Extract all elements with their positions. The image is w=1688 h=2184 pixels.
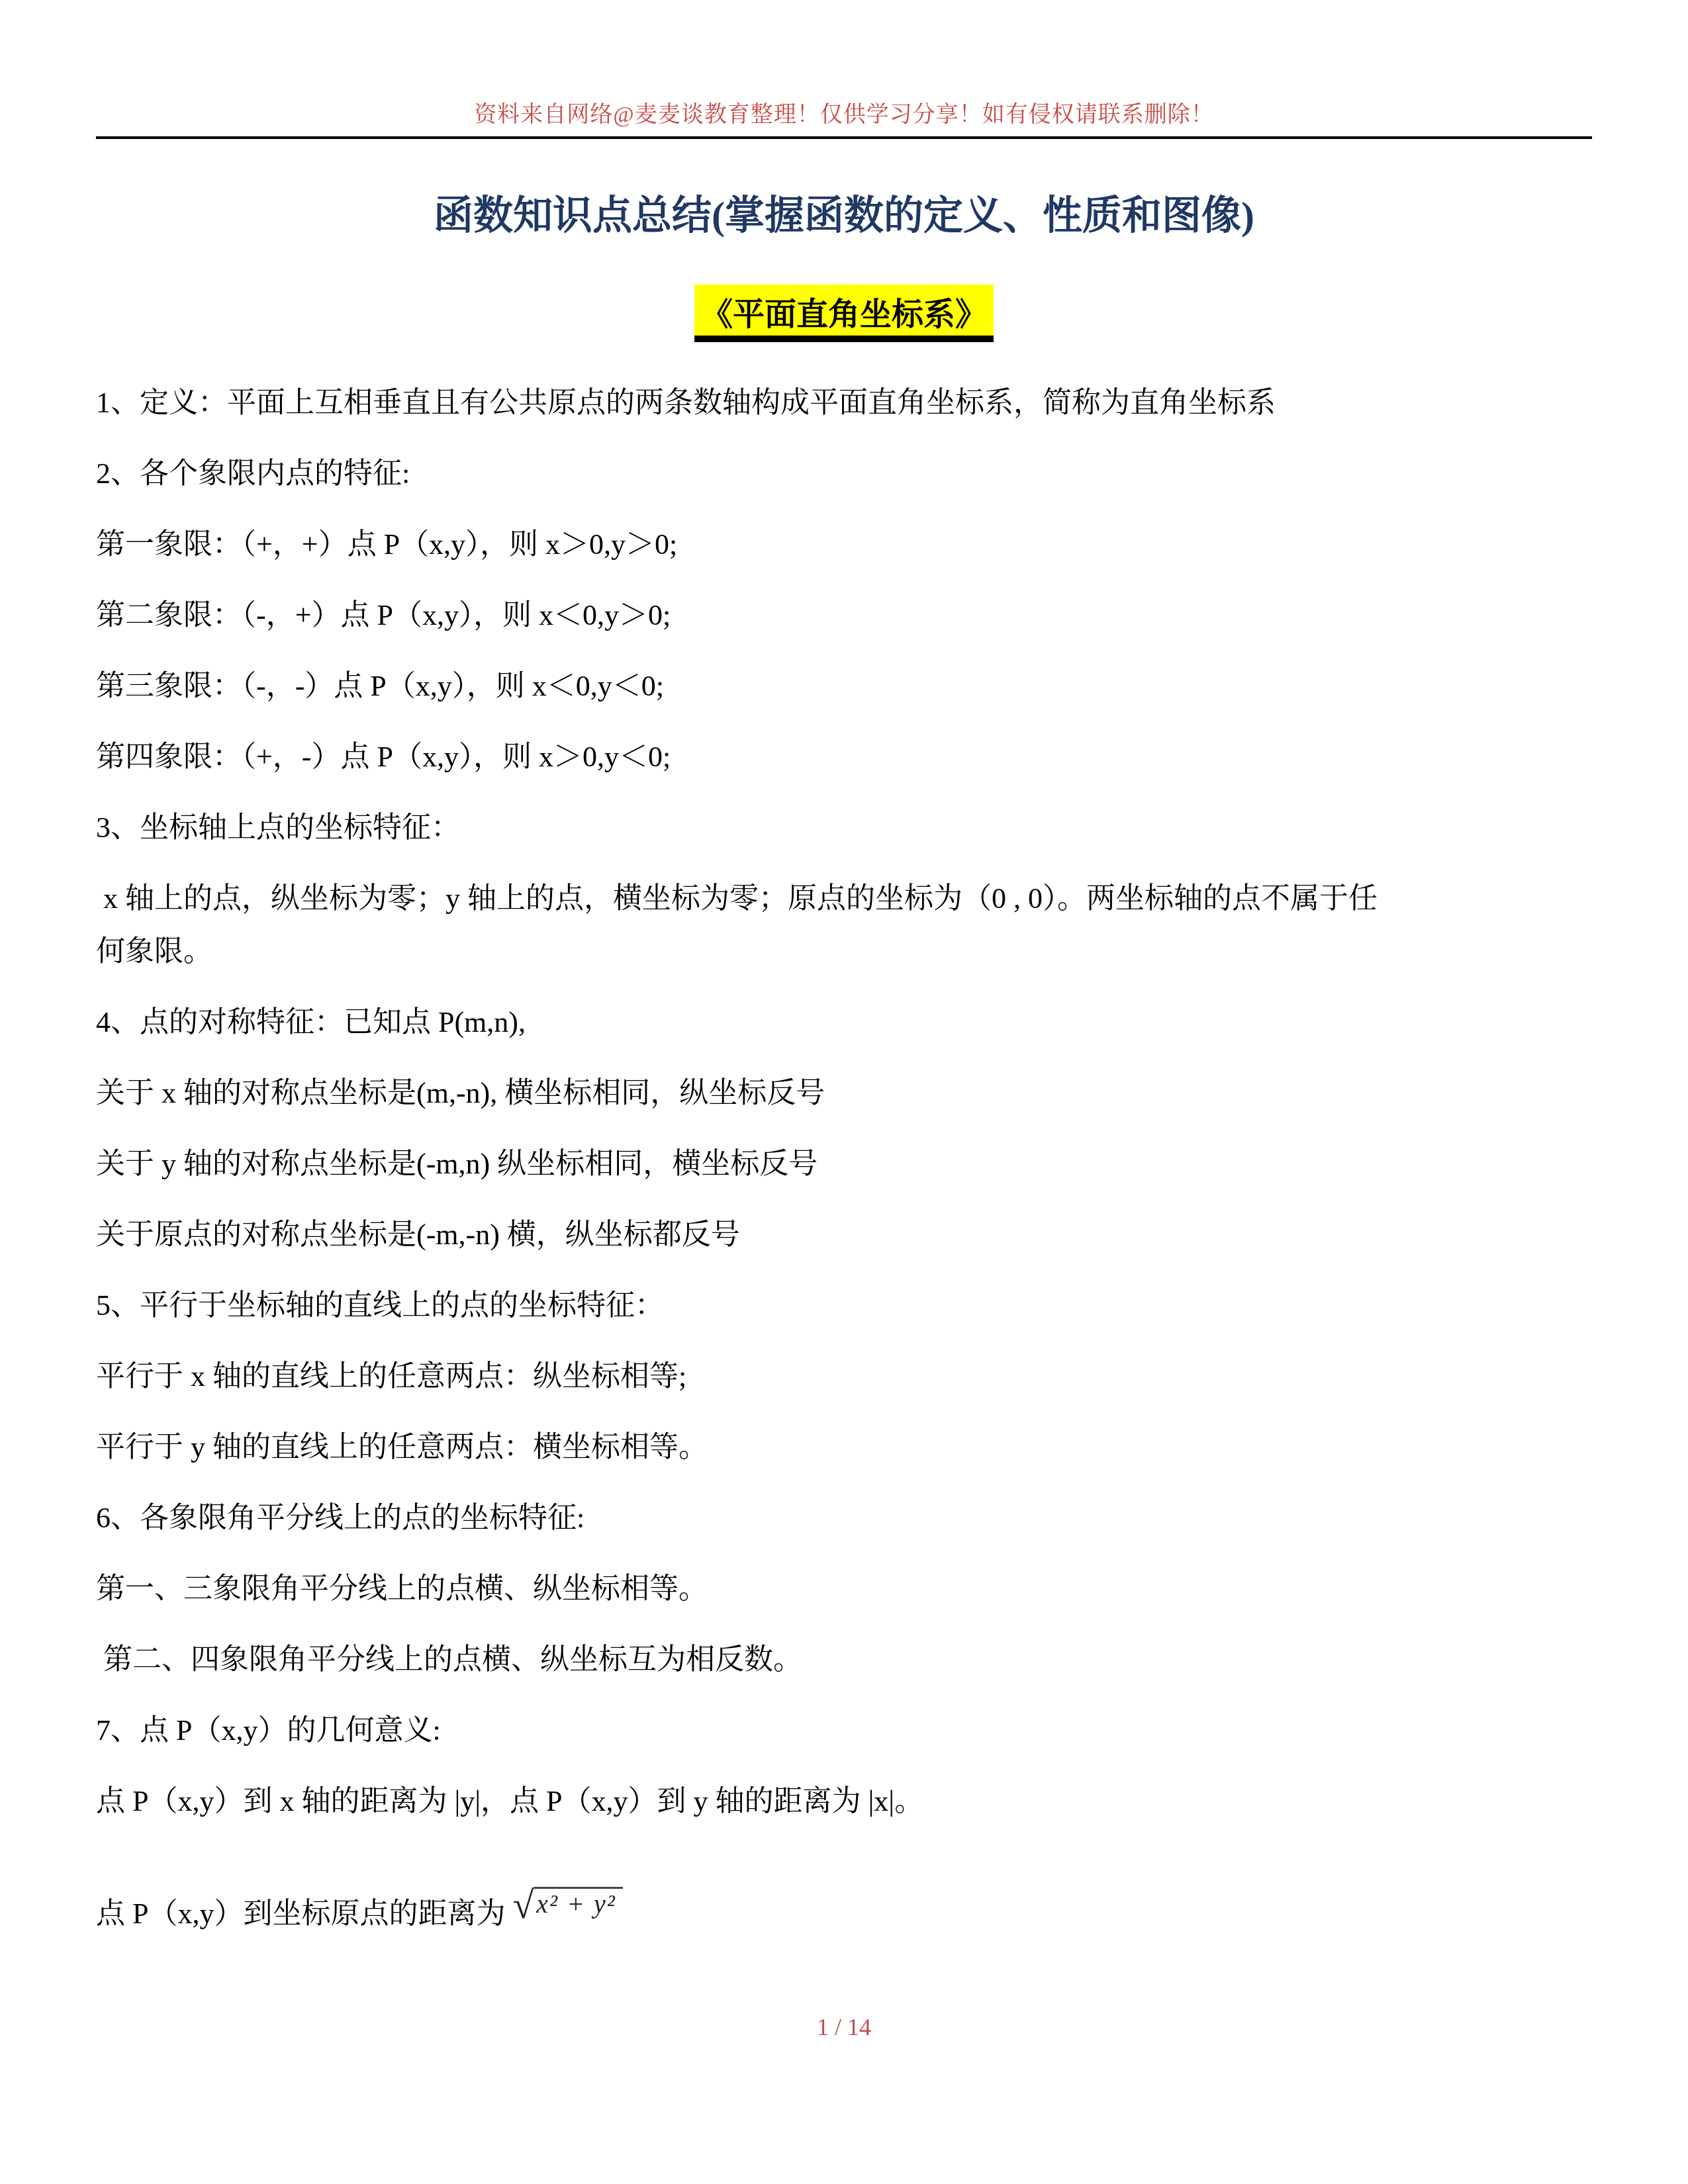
formula-radicand: x² + y² [534, 1887, 622, 1919]
section-heading-row: 《平面直角坐标系》 [96, 285, 1592, 342]
body-paragraph: 关于原点的对称点坐标是(-m,-n) 横，纵坐标都反号 [96, 1208, 1592, 1261]
page-number: 1 / 14 [0, 2013, 1688, 2041]
body-paragraph: 2、各个象限内点的特征: [96, 447, 1592, 500]
document-title: 函数知识点总结(掌握函数的定义、性质和图像) [96, 184, 1592, 241]
section-heading: 《平面直角坐标系》 [694, 285, 994, 342]
sqrt-formula: √x² + y² [512, 1878, 622, 1932]
body-paragraph: 平行于 x 轴的直线上的任意两点：纵坐标相等; [96, 1350, 1592, 1403]
body-paragraph: 第一、三象限角平分线上的点横、纵坐标相等。 [96, 1563, 1592, 1615]
document-page: 资料来自网络@麦麦谈教育整理！仅供学习分享！如有侵权请联系删除！ 函数知识点总结… [0, 0, 1688, 2184]
body-paragraph: 第一象限：（+，+）点 P（x,y），则 x＞0,y＞0; [96, 518, 1592, 571]
body-paragraph: 7、点 P（x,y）的几何意义: [96, 1704, 1592, 1757]
radical-sign-icon: √ [512, 1884, 534, 1927]
header-divider [96, 136, 1592, 139]
body-paragraph: 关于 x 轴的对称点坐标是(m,-n), 横坐标相同，纵坐标反号 [96, 1067, 1592, 1120]
body-paragraph: 4、点的对称特征：已知点 P(m,n), [96, 996, 1592, 1049]
body-paragraph: 第三象限：（-，-）点 P（x,y），则 x＜0,y＜0; [96, 660, 1592, 713]
body-paragraph: 第二象限：（-，+）点 P（x,y），则 x＜0,y＞0; [96, 589, 1592, 642]
body-paragraph: 点 P（x,y）到 x 轴的距离为 |y|，点 P（x,y）到 y 轴的距离为 … [96, 1775, 1592, 1828]
body-paragraph: 3、坐标轴上点的坐标特征： [96, 801, 1592, 854]
body-paragraph: 6、各象限角平分线上的点的坐标特征: [96, 1492, 1592, 1545]
body-paragraph: x 轴上的点，纵坐标为零；y 轴上的点，横坐标为零；原点的坐标为（0 , 0）。… [96, 872, 1592, 978]
body-paragraph: 平行于 y 轴的直线上的任意两点：横坐标相等。 [96, 1421, 1592, 1474]
body-paragraph: 第二、四象限角平分线上的点横、纵坐标互为相反数。 [96, 1633, 1592, 1686]
distance-paragraph: 点 P（x,y）到坐标原点的距离为 √x² + y² [96, 1888, 1592, 1942]
document-body: 1、定义：平面上互相垂直且有公共原点的两条数轴构成平面直角坐标系，简称为直角坐标… [96, 377, 1592, 1828]
body-paragraph: 5、平行于坐标轴的直线上的点的坐标特征： [96, 1279, 1592, 1332]
body-paragraph: 1、定义：平面上互相垂直且有公共原点的两条数轴构成平面直角坐标系，简称为直角坐标… [96, 377, 1592, 430]
body-paragraph: 第四象限：（+，-）点 P（x,y），则 x＞0,y＜0; [96, 731, 1592, 784]
body-paragraph: 关于 y 轴的对称点坐标是(-m,n) 纵坐标相同，横坐标反号 [96, 1138, 1592, 1191]
formula-prefix: 点 P（x,y）到坐标原点的距离为 [96, 1897, 512, 1930]
header-notice: 资料来自网络@麦麦谈教育整理！仅供学习分享！如有侵权请联系删除！ [96, 0, 1592, 128]
